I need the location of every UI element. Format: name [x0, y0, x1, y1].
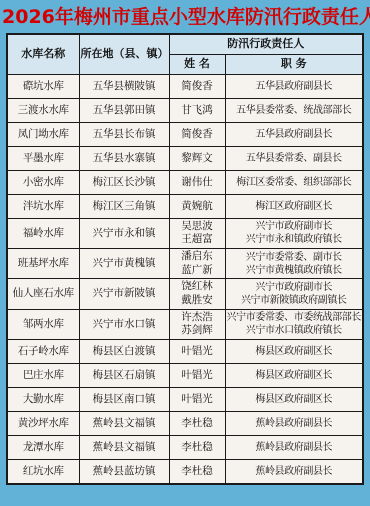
- reservoir-name-cell: 小密水库: [7, 170, 79, 194]
- location-cell: 五华县横陂镇: [79, 74, 169, 98]
- location-cell: 兴宁市黄槐镇: [79, 249, 169, 279]
- position-cell: 五华县政府副县长: [225, 122, 363, 146]
- reservoir-name-cell: 磜坑水库: [7, 74, 79, 98]
- position-cell: 五华县委常委、统战部部长: [225, 98, 363, 122]
- position-cell: 梅江区委常委、组织部部长: [225, 170, 363, 194]
- position-cell: 梅县区政府副区长: [225, 387, 363, 411]
- person-name-cell: 李杜稳: [169, 459, 225, 484]
- header-person-name: 姓 名: [169, 54, 225, 74]
- table-row: 泮坑水库 梅江区三角镇 黄婉航 梅江区政府副区长: [7, 194, 363, 218]
- person-name-cell: 叶锠光: [169, 387, 225, 411]
- person-name-cell: 李杜稳: [169, 435, 225, 459]
- location-cell: 蕉岭县蓝坊镇: [79, 459, 169, 484]
- reservoir-name-cell: 大勤水库: [7, 387, 79, 411]
- reservoir-name-cell: 泮坑水库: [7, 194, 79, 218]
- reservoir-name-cell: 黄沙坪水库: [7, 411, 79, 435]
- person-name-cell: 许杰浩 苏剑辉: [169, 309, 225, 339]
- position-cell: 梅县区政府副区长: [225, 363, 363, 387]
- reservoir-name-cell: 班基坪水库: [7, 249, 79, 279]
- person-name-cell: 吴思波 王超富: [169, 218, 225, 248]
- position-cell: 兴宁市政府副市长 兴宁市永和镇政府镇长: [225, 218, 363, 248]
- header-reservoir-name: 水库名称: [7, 34, 79, 75]
- table-row: 红坑水库 蕉岭县蓝坊镇 李杜稳 蕉岭县政府副县长: [7, 459, 363, 484]
- location-cell: 五华县郭田镇: [79, 98, 169, 122]
- reservoir-name-cell: 仙人座石水库: [7, 279, 79, 309]
- table-row: 小密水库 梅江区长沙镇 谢伟仕 梅江区委常委、组织部部长: [7, 170, 363, 194]
- table-body: 磜坑水库 五华县横陂镇 简俊香 五华县政府副县长 三渡水水库 五华县郭田镇 甘飞…: [7, 74, 363, 484]
- table-row: 龙潭水库 蕉岭县文福镇 李杜稳 蕉岭县政府副县长: [7, 435, 363, 459]
- person-name-cell: 李杜稳: [169, 411, 225, 435]
- table-row: 黄沙坪水库 蕉岭县文福镇 李杜稳 蕉岭县政府副县长: [7, 411, 363, 435]
- table-row: 仙人座石水库 兴宁市新陂镇 饶红林 戴胜安 兴宁市政府副市长 兴宁市新陂镇政府副…: [7, 279, 363, 309]
- position-cell: 兴宁市委常委、市委统战部部长 兴宁市水口镇政府镇长: [225, 309, 363, 339]
- location-cell: 五华县水寨镇: [79, 146, 169, 170]
- location-cell: 兴宁市永和镇: [79, 218, 169, 248]
- person-name-cell: 简俊香: [169, 122, 225, 146]
- reservoir-name-cell: 巴庄水库: [7, 363, 79, 387]
- person-name-cell: 叶锠光: [169, 339, 225, 363]
- position-cell: 蕉岭县政府副县长: [225, 459, 363, 484]
- header-position: 职 务: [225, 54, 363, 74]
- location-cell: 五华县长布镇: [79, 122, 169, 146]
- location-cell: 兴宁市新陂镇: [79, 279, 169, 309]
- location-cell: 梅县区南口镇: [79, 387, 169, 411]
- person-name-cell: 黄婉航: [169, 194, 225, 218]
- position-cell: 五华县政府副县长: [225, 74, 363, 98]
- header-location: 所在地（县、镇）: [79, 34, 169, 75]
- person-name-cell: 饶红林 戴胜安: [169, 279, 225, 309]
- person-name-cell: 甘飞鸿: [169, 98, 225, 122]
- table-row: 巴庄水库 梅县区石扇镇 叶锠光 梅县区政府副区长: [7, 363, 363, 387]
- person-name-cell: 叶锠光: [169, 363, 225, 387]
- table-row: 班基坪水库 兴宁市黄槐镇 潘启东 蓝广新 兴宁市委常委、副市长 兴宁市黄槐镇政府…: [7, 249, 363, 279]
- location-cell: 梅县区白渡镇: [79, 339, 169, 363]
- position-cell: 梅县区政府副区长: [225, 339, 363, 363]
- table-row: 大勤水库 梅县区南口镇 叶锠光 梅县区政府副区长: [7, 387, 363, 411]
- table-row: 磜坑水库 五华县横陂镇 简俊香 五华县政府副县长: [7, 74, 363, 98]
- reservoir-name-cell: 红坑水库: [7, 459, 79, 484]
- table-row: 福岭水库 兴宁市永和镇 吴思波 王超富 兴宁市政府副市长 兴宁市永和镇政府镇长: [7, 218, 363, 248]
- responsibility-table: 水库名称 所在地（县、镇） 防汛行政责任人 姓 名 职 务 磜坑水库 五华县横陂…: [6, 33, 364, 485]
- header-responsible-person-group: 防汛行政责任人: [169, 34, 363, 55]
- table-row: 平墨水库 五华县水寨镇 黎辉文 五华县委常委、副县长: [7, 146, 363, 170]
- location-cell: 梅江区长沙镇: [79, 170, 169, 194]
- table-row: 石子岭水库 梅县区白渡镇 叶锠光 梅县区政府副区长: [7, 339, 363, 363]
- location-cell: 梅江区三角镇: [79, 194, 169, 218]
- reservoir-name-cell: 石子岭水库: [7, 339, 79, 363]
- location-cell: 蕉岭县文福镇: [79, 435, 169, 459]
- page-title: 2026年梅州市重点小型水库防汛行政责任人名单: [0, 0, 370, 33]
- person-name-cell: 黎辉文: [169, 146, 225, 170]
- location-cell: 兴宁市水口镇: [79, 309, 169, 339]
- table-header: 水库名称 所在地（县、镇） 防汛行政责任人 姓 名 职 务: [7, 34, 363, 75]
- position-cell: 蕉岭县政府副县长: [225, 435, 363, 459]
- table-row: 邹两水库 兴宁市水口镇 许杰浩 苏剑辉 兴宁市委常委、市委统战部部长 兴宁市水口…: [7, 309, 363, 339]
- reservoir-name-cell: 三渡水水库: [7, 98, 79, 122]
- position-cell: 五华县委常委、副县长: [225, 146, 363, 170]
- position-cell: 兴宁市委常委、副市长 兴宁市黄槐镇政府镇长: [225, 249, 363, 279]
- reservoir-name-cell: 平墨水库: [7, 146, 79, 170]
- reservoir-name-cell: 龙潭水库: [7, 435, 79, 459]
- person-name-cell: 潘启东 蓝广新: [169, 249, 225, 279]
- person-name-cell: 谢伟仕: [169, 170, 225, 194]
- table-row: 三渡水水库 五华县郭田镇 甘飞鸿 五华县委常委、统战部部长: [7, 98, 363, 122]
- position-cell: 梅江区政府副区长: [225, 194, 363, 218]
- location-cell: 蕉岭县文福镇: [79, 411, 169, 435]
- reservoir-name-cell: 邹两水库: [7, 309, 79, 339]
- reservoir-name-cell: 福岭水库: [7, 218, 79, 248]
- person-name-cell: 简俊香: [169, 74, 225, 98]
- position-cell: 蕉岭县政府副县长: [225, 411, 363, 435]
- reservoir-name-cell: 凤门坳水库: [7, 122, 79, 146]
- position-cell: 兴宁市政府副市长 兴宁市新陂镇政府副镇长: [225, 279, 363, 309]
- location-cell: 梅县区石扇镇: [79, 363, 169, 387]
- table-row: 凤门坳水库 五华县长布镇 简俊香 五华县政府副县长: [7, 122, 363, 146]
